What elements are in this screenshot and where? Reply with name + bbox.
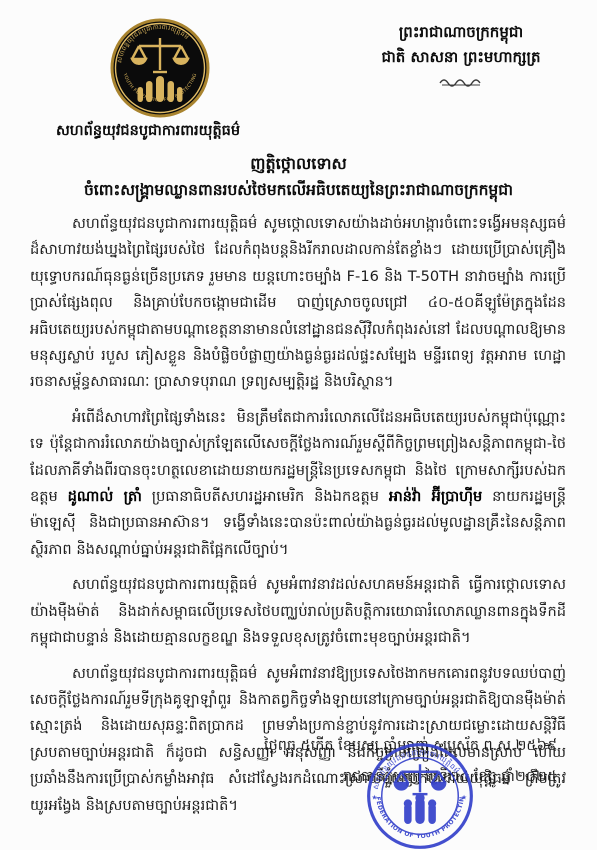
official-stamp: សហព័ន្ធយុវជនបូជាការពារយុត្តិធម៌ FEDERATI… bbox=[362, 740, 478, 850]
bold-name-anwar-ibrahim: អាន់វ៉ា អ៊ីប្រាហ៊ីម bbox=[389, 488, 482, 505]
document-title: ញត្តិថ្កោលទោស ចំពោះសង្គ្រាមឈ្លានពានរបស់ថ… bbox=[0, 151, 597, 203]
national-motto: ជាតិ សាសនា ព្រះមហាក្សត្រ bbox=[330, 45, 592, 70]
kingdom-title: ព្រះរាជាណាចក្រកម្ពុជា bbox=[330, 20, 592, 45]
national-header: ព្រះរាជាណាចក្រកម្ពុជា ជាតិ សាសនា ព្រះមហា… bbox=[330, 20, 592, 91]
organization-name: សហព័ន្ធយុវជនបូជាការពារយុត្តិធម៌ bbox=[56, 122, 240, 143]
stamp-scales-glyph bbox=[395, 764, 445, 794]
scales-of-justice-icon: សហព័ន្ធយុវជនបូជាការពារយុត្តិធម៌ YOUTH FE… bbox=[110, 18, 210, 118]
bold-name-donald-trump: ដូណាល់ ត្រាំ bbox=[68, 488, 142, 505]
paragraph-2-text: ប្រធានាធិបតីសហរដ្ឋអាមេរិក និងឯកឧត្តម bbox=[142, 488, 389, 505]
paragraph-3: សហព័ន្ធយុវជនបូជាការពារយុត្តិធម៌ សូមអំពាវ… bbox=[30, 572, 566, 651]
stamp-raised-fists bbox=[404, 793, 436, 824]
khmer-flourish-icon bbox=[330, 72, 592, 91]
document-title-line2: ចំពោះសង្គ្រាមឈ្លានពានរបស់ថៃមកលើអធិបតេយ្យ… bbox=[0, 177, 597, 203]
stamp-star-right: ★ bbox=[461, 794, 467, 802]
paragraph-1: សហព័ន្ធយុវជនបូជាការពារយុត្តិធម៌ សូមថ្កោល… bbox=[30, 211, 566, 396]
stamp-seal-icon: សហព័ន្ធយុវជនបូជាការពារយុត្តិធម៌ FEDERATI… bbox=[362, 740, 478, 850]
document-page: សហព័ន្ធយុវជនបូជាការពារយុត្តិធម៌ YOUTH FE… bbox=[0, 0, 597, 850]
document-title-line1: ញត្តិថ្កោលទោស bbox=[0, 151, 597, 177]
paragraph-2: អំពើដ៏សាហាវព្រៃផ្សៃទាំងនេះ មិនត្រឹមតែជាក… bbox=[30, 405, 566, 563]
stamp-star-left: ★ bbox=[371, 794, 377, 802]
org-logo: សហព័ន្ធយុវជនបូជាការពារយុត្តិធម៌ YOUTH FE… bbox=[110, 18, 210, 118]
